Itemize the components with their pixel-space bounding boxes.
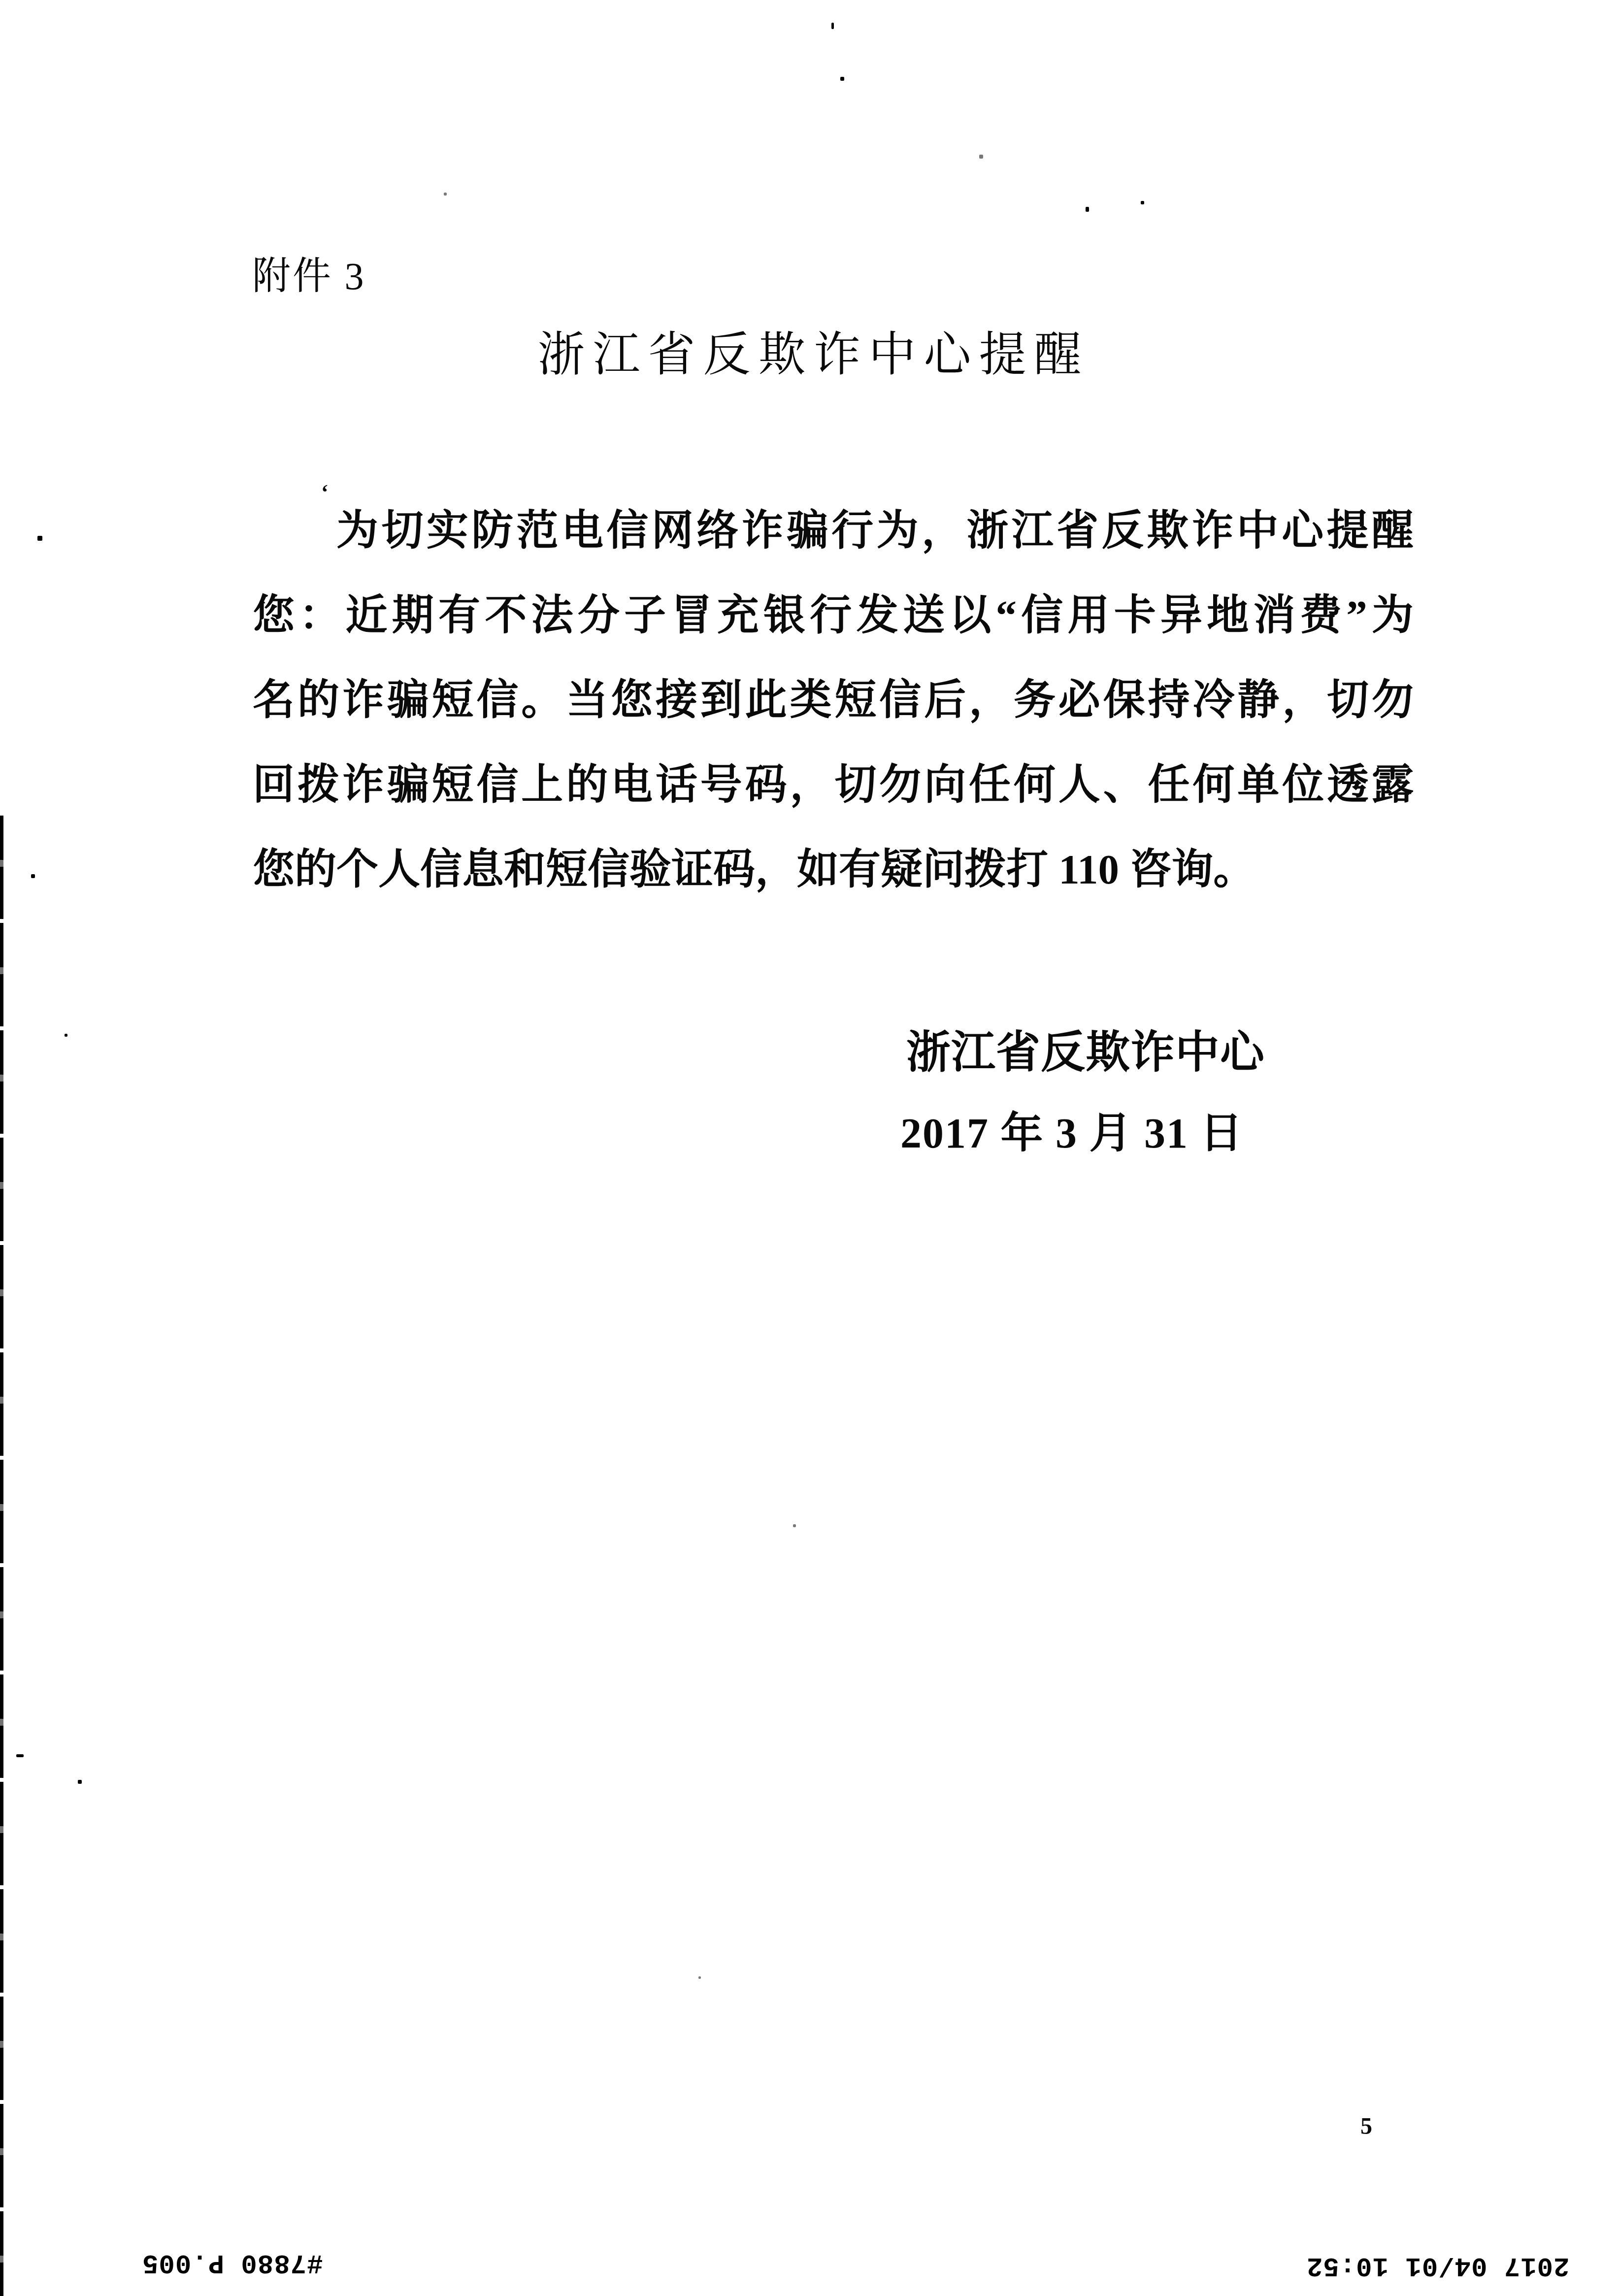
body-line-2: 您：近期有不法分子冒充银行发送以“信用卡异地消费”为 [253,573,1414,658]
scan-speck [831,23,834,29]
scanned-fax-page: 附件 3 浙江省反欺诈中心提醒 ‘ 为切实防范电信网络诈骗行为，浙江省反欺诈中心… [0,0,1619,2296]
body-line-4: 回拨诈骗短信上的电话号码，切勿向任何人、任何单位透露 [253,743,1414,827]
fax-datetime-stamp: 2017 04/01 10:52 [1306,2252,1569,2278]
body-line-5: 您的个人信息和短信验证码，如有疑问拨打 110 咨询。 [253,827,1414,912]
scan-speck [444,193,447,196]
body-paragraph: 为切实防范电信网络诈骗行为，浙江省反欺诈中心提醒 您：近期有不法分子冒充银行发送… [253,489,1414,912]
scan-speck [1141,201,1144,204]
signature-org-name: 浙江省反欺诈中心 [906,1028,1265,1077]
scan-speck [31,874,35,878]
scan-speck [65,1034,67,1037]
scan-speck [698,1976,701,1979]
page-number: 5 [1360,2115,1372,2138]
scan-artifact-bar [0,816,3,2296]
signature-date: 2017 年 3 月 31 日 [900,1110,1244,1157]
body-line-1: 为切实防范电信网络诈骗行为，浙江省反欺诈中心提醒 [253,489,1414,573]
scan-speck [16,1754,24,1757]
scan-speck [979,155,983,159]
scan-speck [793,1524,796,1527]
scan-speck [78,1780,82,1784]
document-title: 浙江省反欺诈中心提醒 [0,328,1619,382]
fax-job-stamp: #7880 P.005 [142,2249,323,2275]
scan-speck [37,536,42,541]
attachment-label: 附件 3 [252,255,366,297]
body-line-3: 名的诈骗短信。当您接到此类短信后，务必保持冷静，切勿 [253,658,1414,743]
scan-speck [840,77,844,81]
scan-speck [1086,207,1089,212]
